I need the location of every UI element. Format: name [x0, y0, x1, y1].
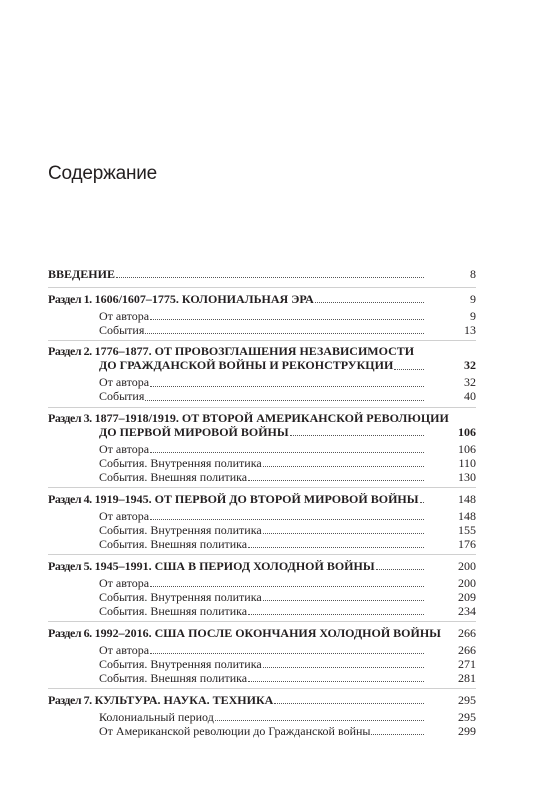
section-title: 1945–1991. США В ПЕРИОД ХОЛОДНОЙ ВОЙНЫ — [95, 559, 375, 573]
toc-subentry[interactable]: Колониальный период295 — [48, 710, 476, 724]
leader-dots — [150, 575, 424, 587]
subentry-page: 32 — [446, 376, 476, 390]
section-title: ДО ПЕРВОЙ МИРОВОЙ ВОЙНЫ — [99, 426, 289, 440]
toc-subentry[interactable]: От Американской революции до Гражданской… — [48, 724, 476, 738]
toc-subentry[interactable]: События. Внутренняя политика271 — [48, 657, 476, 671]
leader-dots — [248, 670, 424, 682]
subentry-title: События. Внешняя политика — [99, 672, 247, 686]
subentry-page: 299 — [446, 725, 476, 739]
leader-dots — [263, 656, 424, 668]
leader-dots — [376, 558, 424, 570]
subentry-title: От автора — [99, 510, 149, 524]
section-title: 1877–1918/1919. ОТ ВТОРОЙ АМЕРИКАНСКОЙ Р… — [95, 411, 449, 425]
subentry-page: 209 — [446, 591, 476, 605]
toc-subentry[interactable]: От автора9 — [48, 309, 476, 323]
subentry-page: 295 — [446, 711, 476, 725]
section-title: 1992–2016. США ПОСЛЕ ОКОНЧАНИЯ ХОЛОДНОЙ … — [95, 626, 441, 640]
page-title: Содержание — [48, 163, 157, 185]
toc-subentry[interactable]: События. Внешняя политика176 — [48, 537, 476, 551]
section-page: 266 — [457, 627, 476, 641]
subentry-page: 176 — [446, 538, 476, 552]
leader-dots — [371, 723, 424, 735]
leader-dots — [315, 291, 424, 303]
section-page: 200 — [446, 560, 476, 574]
section-page: 295 — [446, 694, 476, 708]
section-title: КУЛЬТУРА. НАУКА. ТЕХНИКА — [95, 693, 274, 707]
subentry-page: 148 — [446, 510, 476, 524]
section-label: Раздел 7. — [48, 693, 92, 707]
subentry-title: От автора — [99, 310, 149, 324]
toc-section-7: Раздел 7. КУЛЬТУРА. НАУКА. ТЕХНИКА295Кол… — [48, 688, 476, 741]
toc-section-heading[interactable]: Раздел 1. 1606/1607–1775. КОЛОНИАЛЬНАЯ Э… — [48, 292, 476, 306]
subentry-title: События. Внутренняя политика — [99, 658, 262, 672]
leader-dots — [145, 322, 424, 334]
section-page: 148 — [446, 493, 476, 507]
leader-dots — [215, 709, 424, 721]
subentry-title: События. Внутренняя политика — [99, 457, 262, 471]
leader-dots — [116, 266, 424, 278]
subentry-page: 155 — [446, 524, 476, 538]
toc-subentry[interactable]: От автора148 — [48, 509, 476, 523]
toc-subentry[interactable]: События. Внутренняя политика209 — [48, 590, 476, 604]
toc-subentry[interactable]: События40 — [48, 390, 476, 404]
subentry-page: 200 — [446, 577, 476, 591]
toc-subentry[interactable]: От автора200 — [48, 576, 476, 590]
subentry-title: От автора — [99, 644, 149, 658]
section-label: Раздел 6. — [48, 626, 92, 640]
toc-subentry[interactable]: От автора266 — [48, 643, 476, 657]
leader-dots — [150, 375, 424, 387]
section-title: 1919–1945. ОТ ПЕРВОЙ ДО ВТОРОЙ МИРОВОЙ В… — [95, 492, 419, 506]
toc-subentry[interactable]: События. Внешняя политика234 — [48, 604, 476, 618]
leader-dots — [150, 441, 424, 453]
toc-section-heading[interactable]: Раздел 4. 1919–1945. ОТ ПЕРВОЙ ДО ВТОРОЙ… — [48, 492, 476, 506]
toc-entry-page: 8 — [446, 268, 476, 282]
subentry-page: 234 — [446, 605, 476, 619]
leader-dots — [145, 389, 424, 401]
table-of-contents: ВВЕДЕНИЕ 8 Раздел 1. 1606/1607–1775. КОЛ… — [48, 267, 476, 741]
toc-subentry[interactable]: События. Внешняя политика281 — [48, 671, 476, 685]
subentry-title: События. Внешняя политика — [99, 605, 247, 619]
section-label: Раздел 1. — [48, 292, 92, 306]
leader-dots — [150, 308, 424, 320]
section-page: 106 — [446, 426, 476, 440]
toc-section-heading[interactable]: Раздел 6. 1992–2016. США ПОСЛЕ ОКОНЧАНИЯ… — [48, 626, 476, 640]
section-page: 32 — [446, 359, 476, 373]
section-title: 1776–1877. ОТ ПРОВОЗГЛАШЕНИЯ НЕЗАВИСИМОС… — [95, 344, 415, 358]
toc-subentry[interactable]: События. Внешняя политика130 — [48, 470, 476, 484]
section-label: Раздел 3. — [48, 411, 92, 425]
leader-dots — [248, 536, 424, 548]
subentry-page: 130 — [446, 471, 476, 485]
toc-subentry[interactable]: События. Внутренняя политика155 — [48, 523, 476, 537]
toc-section-heading-cont[interactable]: ДО ПЕРВОЙ МИРОВОЙ ВОЙНЫ106 — [48, 425, 476, 439]
section-title: 1606/1607–1775. КОЛОНИАЛЬНАЯ ЭРА — [95, 292, 314, 306]
leader-dots — [150, 642, 424, 654]
toc-intro: ВВЕДЕНИЕ 8 — [48, 267, 476, 287]
toc-section-2: Раздел 2. 1776–1877. ОТ ПРОВОЗГЛАШЕНИЯ Н… — [48, 340, 476, 407]
subentry-page: 9 — [446, 310, 476, 324]
subentry-title: События. Внутренняя политика — [99, 524, 262, 538]
leader-dots — [420, 491, 424, 503]
leader-dots — [274, 692, 424, 704]
toc-subentry[interactable]: От автора32 — [48, 376, 476, 390]
subentry-page: 106 — [446, 443, 476, 457]
section-label: Раздел 2. — [48, 344, 92, 358]
subentry-page: 271 — [446, 658, 476, 672]
subentry-title: События. Внутренняя политика — [99, 591, 262, 605]
toc-entry-title: ВВЕДЕНИЕ — [48, 268, 115, 282]
subentry-title: События — [99, 324, 144, 338]
subentry-title: События — [99, 390, 144, 404]
toc-section-4: Раздел 4. 1919–1945. ОТ ПЕРВОЙ ДО ВТОРОЙ… — [48, 487, 476, 554]
toc-entry-intro[interactable]: ВВЕДЕНИЕ 8 — [48, 267, 476, 281]
toc-section-5: Раздел 5. 1945–1991. США В ПЕРИОД ХОЛОДН… — [48, 554, 476, 621]
toc-section-heading[interactable]: Раздел 3. 1877–1918/1919. ОТ ВТОРОЙ АМЕР… — [48, 412, 476, 426]
leader-dots — [263, 455, 424, 467]
toc-subentry[interactable]: События13 — [48, 323, 476, 337]
subentry-title: События. Внешняя политика — [99, 538, 247, 552]
leader-dots — [394, 358, 424, 370]
toc-section-heading[interactable]: Раздел 5. 1945–1991. США В ПЕРИОД ХОЛОДН… — [48, 559, 476, 573]
section-label: Раздел 5. — [48, 559, 92, 573]
toc-section-6: Раздел 6. 1992–2016. США ПОСЛЕ ОКОНЧАНИЯ… — [48, 621, 476, 688]
subentry-page: 110 — [446, 457, 476, 471]
toc-sections: Раздел 1. 1606/1607–1775. КОЛОНИАЛЬНАЯ Э… — [48, 287, 476, 741]
leader-dots — [263, 589, 424, 601]
subentry-title: От Американской революции до Гражданской… — [99, 725, 370, 739]
leader-dots — [290, 424, 424, 436]
subentry-page: 40 — [446, 390, 476, 404]
subentry-title: От автора — [99, 443, 149, 457]
leader-dots — [248, 603, 424, 615]
section-page: 9 — [446, 293, 476, 307]
subentry-title: События. Внешняя политика — [99, 471, 247, 485]
subentry-page: 281 — [446, 672, 476, 686]
toc-section-1: Раздел 1. 1606/1607–1775. КОЛОНИАЛЬНАЯ Э… — [48, 287, 476, 340]
subentry-page: 266 — [446, 644, 476, 658]
subentry-title: От автора — [99, 376, 149, 390]
toc-subentry[interactable]: События. Внутренняя политика110 — [48, 456, 476, 470]
section-label: Раздел 4. — [48, 492, 92, 506]
subentry-title: От автора — [99, 577, 149, 591]
section-title: ДО ГРАЖДАНСКОЙ ВОЙНЫ И РЕКОНСТРУКЦИИ — [99, 359, 393, 373]
leader-dots — [263, 522, 424, 534]
toc-section-heading[interactable]: Раздел 7. КУЛЬТУРА. НАУКА. ТЕХНИКА295 — [48, 693, 476, 707]
toc-section-3: Раздел 3. 1877–1918/1919. ОТ ВТОРОЙ АМЕР… — [48, 407, 476, 488]
subentry-page: 13 — [446, 324, 476, 338]
toc-section-heading[interactable]: Раздел 2. 1776–1877. ОТ ПРОВОЗГЛАШЕНИЯ Н… — [48, 345, 476, 359]
subentry-title: Колониальный период — [99, 711, 214, 725]
toc-subentry[interactable]: От автора106 — [48, 442, 476, 456]
leader-dots — [150, 508, 424, 520]
leader-dots — [248, 469, 424, 481]
toc-section-heading-cont[interactable]: ДО ГРАЖДАНСКОЙ ВОЙНЫ И РЕКОНСТРУКЦИИ32 — [48, 359, 476, 373]
